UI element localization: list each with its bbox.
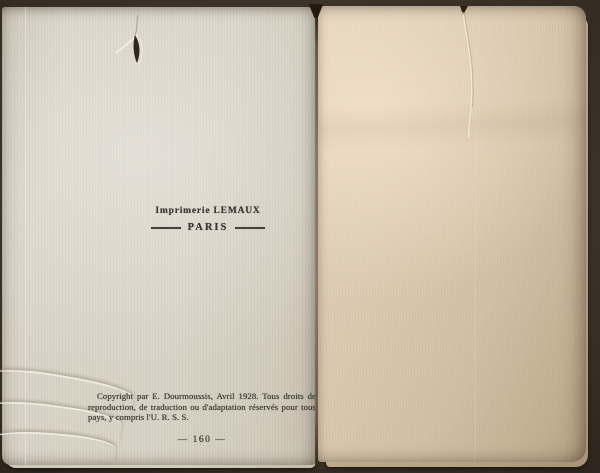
printer-city: PARIS [188, 222, 229, 233]
left-page: Imprimerie LEMAUX PARIS Copyright par E.… [2, 7, 316, 465]
copyright-notice: Copyright par E. Dourmoussis, Avril 1928… [88, 391, 316, 423]
printer-name: Imprimerie LEMAUX [138, 206, 278, 217]
copyright-line: Copyright par E. Dourmoussis, Avril 1928… [88, 391, 316, 402]
paper-tear-mark [446, 6, 506, 146]
copyright-line: pays, y compris l'U. R. S. S. [88, 412, 316, 423]
rule-right [235, 227, 265, 229]
rule-left [151, 227, 181, 229]
paper-tear-mark [108, 13, 168, 77]
right-page [318, 6, 586, 462]
copyright-line: reproduction, de traduction ou d'adaptat… [88, 402, 316, 413]
printer-imprint: Imprimerie LEMAUX PARIS [138, 206, 278, 233]
book-photo: Imprimerie LEMAUX PARIS Copyright par E.… [0, 0, 600, 473]
printer-city-row: PARIS [138, 222, 278, 233]
book-gutter [315, 6, 318, 465]
page-number: — 160 — [88, 435, 316, 445]
